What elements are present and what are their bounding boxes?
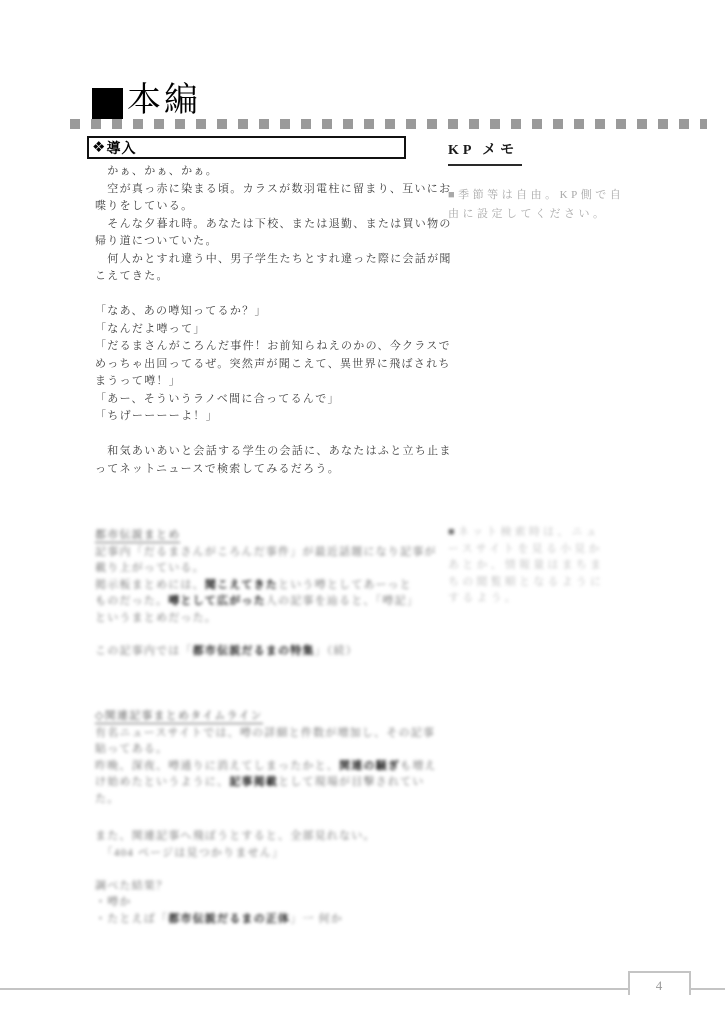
intro-body-text: かぁ、かぁ、かぁ。 空が真っ赤に染まる頃。カラスが数羽電柱に留まり、互いにお喋り…: [95, 163, 435, 478]
page-number-tab: 4: [628, 971, 691, 995]
main-title: 本編: [92, 82, 201, 119]
kp-memo-heading: KP メモ: [448, 139, 522, 166]
black-square-icon: [92, 88, 123, 119]
diamond-marker-icon: ❖: [92, 140, 105, 155]
intro-section-label: 導入: [106, 138, 136, 158]
page-title: 本編: [127, 84, 201, 118]
footer-rule: [0, 988, 725, 990]
document-page: 本編 ❖ 導入 KP メモ ■季節等は自由。KP側で自由に設定してください。 か…: [0, 0, 725, 1024]
intro-section-header: ❖ 導入: [87, 136, 406, 159]
kp-memo-note: ■季節等は自由。KP側で自由に設定してください。: [448, 186, 643, 224]
dotted-divider: [70, 119, 707, 129]
blurred-news-block: ◇関連記事まとめタイムライン有名ニュースサイトでは、噂の詳細と件数が増加し、その…: [95, 708, 435, 807]
blurred-article-block: 都市伝説まとめ記事内「だるまさんがころんだ事件」が最近話題になり記事が載り上がっ…: [95, 527, 435, 659]
blurred-kp-side-note: ■ネット検索時は、ニュースサイトを見る小見かあとか、情報量はまちまちの閲覧順とな…: [448, 524, 648, 607]
page-number: 4: [656, 975, 664, 994]
blurred-footer-block: また、関連記事へ飛ぼうとすると、全部見れない。 「404 ページは見つかりません…: [95, 828, 435, 927]
